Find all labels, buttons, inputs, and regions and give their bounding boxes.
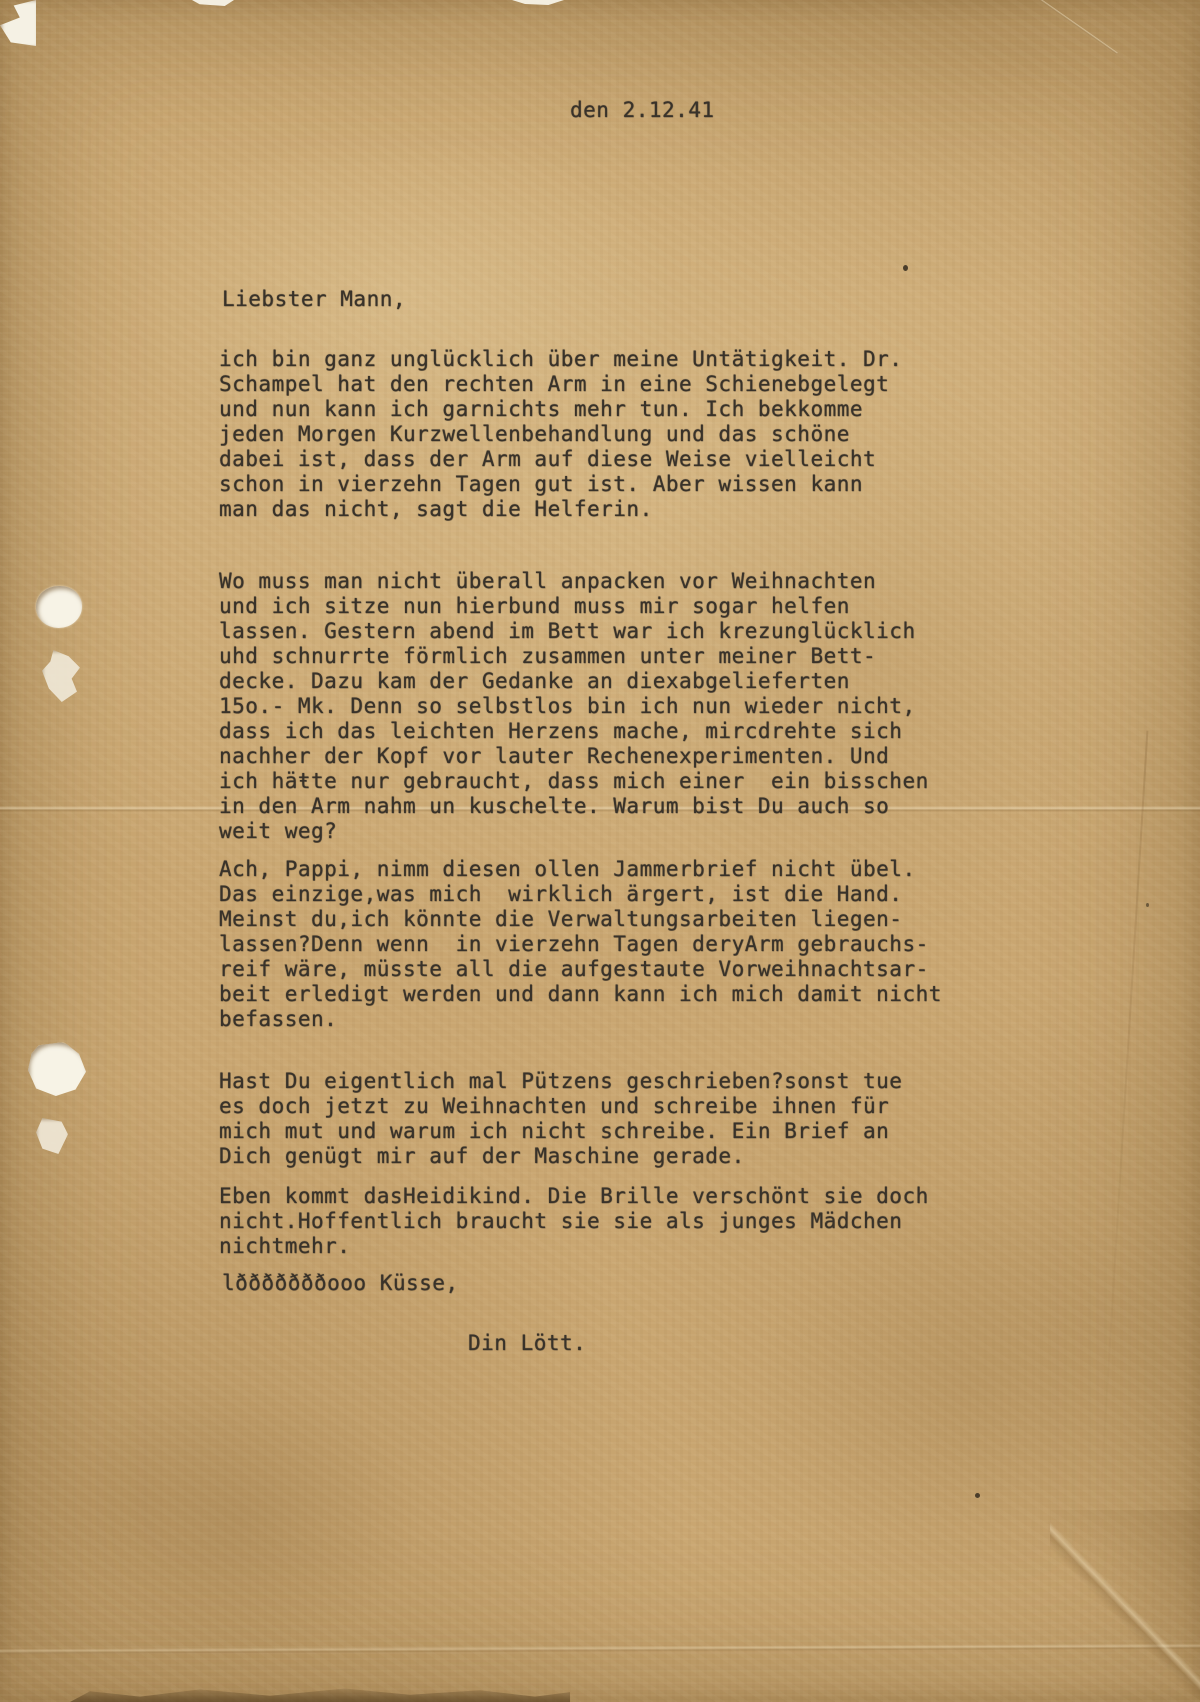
paragraph-4: Hast Du eigentlich mal Pützens geschrieb… (219, 1069, 902, 1169)
edge-tear-right (0, 0, 36, 46)
paragraph-2: Wo muss man nicht überall anpacken vor W… (219, 569, 929, 844)
signature: Din Lött. (468, 1331, 586, 1356)
letter-page: den 2.12.41 Liebster Mann, ich bin ganz … (0, 0, 1200, 1702)
fold-crease-bottom-right (1050, 1510, 1200, 1702)
paper-tear (36, 1118, 68, 1154)
paper-stain (60, 1380, 420, 1660)
letter-date: den 2.12.41 (570, 98, 715, 123)
paragraph-1: ich bin ganz unglücklich über meine Untä… (219, 347, 902, 522)
paragraph-3: Ach, Pappi, nimm diesen ollen Jammerbrie… (219, 857, 942, 1032)
edge-nick (192, 0, 234, 6)
torn-bottom-edge (70, 1684, 570, 1702)
ink-speck (903, 265, 908, 271)
ink-speck (975, 1493, 980, 1498)
punch-hole-bottom (28, 1042, 86, 1096)
fold-crease-right-edge (1098, 731, 1149, 1530)
punch-hole-top (36, 586, 82, 628)
closing-line: lðððððððooo Küsse, (222, 1271, 459, 1296)
paragraph-5: Eben kommt dasHeidikind. Die Brille vers… (219, 1184, 929, 1259)
fold-crease-top-right (1018, 0, 1117, 54)
ink-speck (1146, 903, 1149, 907)
salutation: Liebster Mann, (222, 287, 406, 312)
paper-tear (42, 650, 80, 702)
fold-crease-bottom (0, 1643, 1200, 1654)
edge-nick (512, 0, 564, 5)
